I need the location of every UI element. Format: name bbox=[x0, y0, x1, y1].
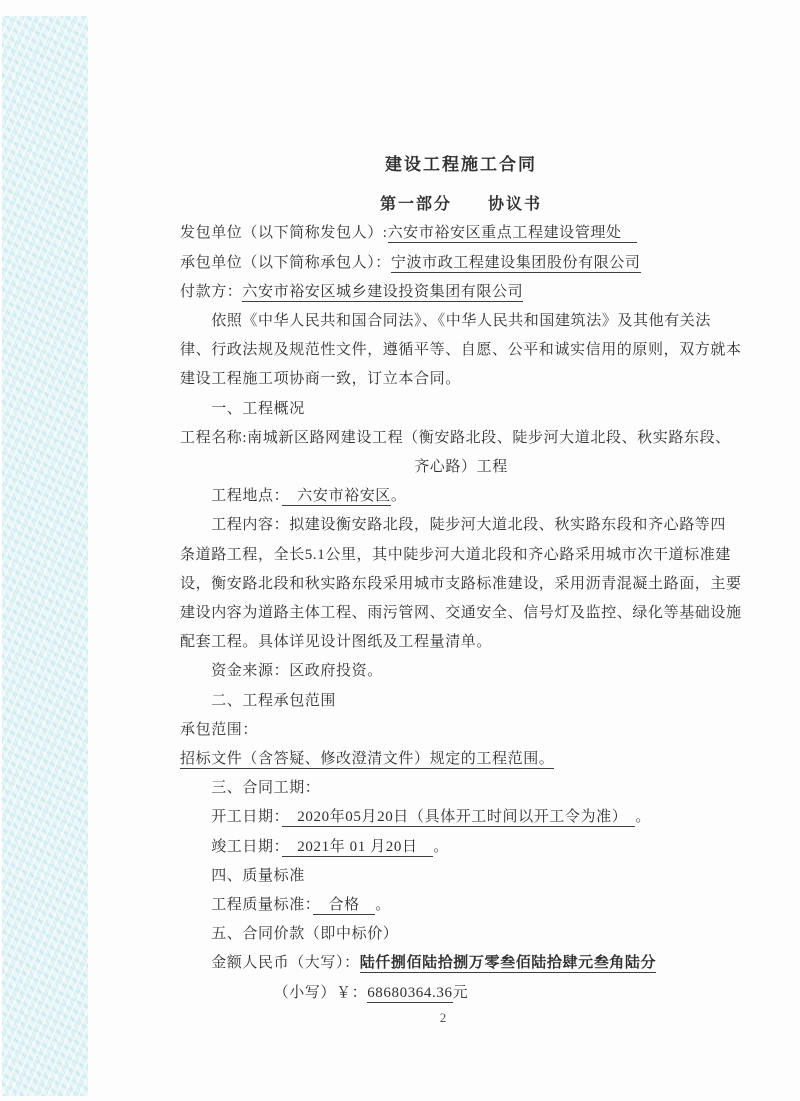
text-segment: 三、合同工期： bbox=[211, 780, 320, 796]
text-segment: 五、合同价款（即中标价） bbox=[211, 926, 398, 942]
text-segment: 金额人民币（大写）： bbox=[211, 955, 360, 971]
text-segment: 建设工程施工合同 bbox=[385, 155, 537, 174]
section-4-heading: 四、质量标准 bbox=[180, 862, 742, 891]
text-segment: 六安市裕安区城乡建设投资集团有限公司 bbox=[242, 284, 523, 302]
section-1-heading: 一、工程概况 bbox=[180, 395, 742, 424]
text-segment: 工程内容：拟建设衡安路北段，陡步河大道北段、秋实路东段和齐心路等四 bbox=[211, 517, 726, 533]
employer-line: 发包单位（以下简称发包人）:六安市裕安区重点工程建设管理处 bbox=[180, 219, 742, 248]
text-segment: 元 bbox=[453, 985, 469, 1001]
payer-line: 付款方：六安市裕安区城乡建设投资集团有限公司 bbox=[180, 278, 742, 307]
section-3-heading: 三、合同工期： bbox=[180, 774, 742, 803]
preamble-line-1: 依照《中华人民共和国合同法》、《中华人民共和国建筑法》及其他有关法 bbox=[180, 307, 742, 336]
quality-standard-line: 工程质量标准： 合格 。 bbox=[180, 891, 742, 920]
text-segment: 设，衡安路北段和秋实路东段采用城市支路标准建设，采用沥青混凝土路面，主要 bbox=[180, 576, 742, 592]
text-segment: 工程名称:南城新区路网建设工程（衡安路北段、陡步河大道北段、秋实路东段、 bbox=[180, 430, 731, 446]
doc-title: 建设工程施工合同 bbox=[180, 150, 742, 179]
text-segment: 律、行政法规及规范性文件，遵循平等、自愿、公平和诚实信用的原则，双方就本 bbox=[180, 342, 742, 358]
project-content-line-2: 条道路工程，全长5.1公里，其中陡步河大道北段和齐心路采用城市次干道标准建 bbox=[180, 541, 742, 570]
text-segment: 二、工程承包范围 bbox=[211, 693, 336, 709]
text-segment: 竣工日期： bbox=[211, 839, 282, 855]
text-segment: 陆仟捌佰陆拾捌万零叁佰陆拾肆元叁角陆分 bbox=[360, 955, 656, 973]
amount-figures-line: （小写）￥：68680364.36元 bbox=[180, 979, 742, 1008]
text-segment: 建设工程施工项协商一致，订立本合同。 bbox=[180, 371, 461, 387]
text-segment: （小写）￥： bbox=[274, 985, 368, 1001]
text-segment: 依照《中华人民共和国合同法》、《中华人民共和国建筑法》及其他有关法 bbox=[211, 313, 711, 329]
scope-label-line: 承包范围： bbox=[180, 716, 742, 745]
text-segment: 。 bbox=[391, 488, 407, 504]
text-segment: 工程地点： bbox=[211, 488, 282, 504]
text-segment: 付款方： bbox=[180, 284, 242, 300]
project-content-line-3: 设，衡安路北段和秋实路东段采用城市支路标准建设，采用沥青混凝土路面，主要 bbox=[180, 570, 742, 599]
preamble-line-3: 建设工程施工项协商一致，订立本合同。 bbox=[180, 365, 742, 394]
project-content-line-4: 建设内容为道路主体工程、雨污管网、交通安全、信号灯及监控、绿化等基础设施 bbox=[180, 599, 742, 628]
text-segment: 四、质量标准 bbox=[211, 868, 305, 884]
project-name-line-1: 工程名称:南城新区路网建设工程（衡安路北段、陡步河大道北段、秋实路东段、 bbox=[180, 424, 742, 453]
project-name-line-2: 齐心路）工程 bbox=[180, 453, 742, 482]
start-date-line: 开工日期： 2020年05月20日（具体开工时间以开工令为准） 。 bbox=[180, 803, 742, 832]
text-segment: 建设内容为道路主体工程、雨污管网、交通安全、信号灯及监控、绿化等基础设施 bbox=[180, 605, 742, 621]
text-segment: 2020年05月20日（具体开工时间以开工令为准） bbox=[282, 809, 636, 827]
doc-subtitle: 第一部分 协议书 bbox=[180, 190, 742, 219]
text-segment: 第一部分 协议书 bbox=[380, 196, 542, 213]
contractor-line: 承包单位（以下简称承包人）：宁波市政工程建设集团股份有限公司 bbox=[180, 249, 742, 278]
paper-texture-strip bbox=[2, 16, 88, 1096]
text-segment: 一、工程概况 bbox=[211, 401, 305, 417]
text-segment: 。 bbox=[635, 809, 651, 825]
text-segment: 齐心路）工程 bbox=[414, 459, 508, 475]
project-location-line: 工程地点： 六安市裕安区。 bbox=[180, 482, 742, 511]
text-segment: 宁波市政工程建设集团股份有限公司 bbox=[391, 255, 641, 273]
text-segment: 开工日期： bbox=[211, 809, 282, 825]
text-segment: 工程质量标准： bbox=[211, 897, 313, 913]
funding-source-line: 资金来源：区政府投资。 bbox=[180, 657, 742, 686]
scanned-contract-page: 建设工程施工合同第一部分 协议书发包单位（以下简称发包人）:六安市裕安区重点工程… bbox=[0, 0, 800, 1101]
text-segment: 六安市裕安区 bbox=[282, 488, 391, 506]
project-content-line-5: 配套工程。具体详见设计图纸及工程量清单。 bbox=[180, 628, 742, 657]
text-segment: 合格 bbox=[313, 897, 375, 915]
text-segment: 。 bbox=[433, 839, 449, 855]
document-body: 建设工程施工合同第一部分 协议书发包单位（以下简称发包人）:六安市裕安区重点工程… bbox=[180, 150, 742, 1008]
text-segment: 招标文件（含答疑、修改澄清文件）规定的工程范围。 bbox=[180, 751, 554, 769]
section-2-heading: 二、工程承包范围 bbox=[180, 687, 742, 716]
text-segment: 承包范围： bbox=[180, 722, 258, 738]
text-segment: 68680364.36 bbox=[367, 985, 452, 1003]
preamble-line-2: 律、行政法规及规范性文件，遵循平等、自愿、公平和诚实信用的原则，双方就本 bbox=[180, 336, 742, 365]
page-number: 2 bbox=[86, 1010, 800, 1026]
text-segment: 承包单位（以下简称承包人）： bbox=[180, 255, 391, 271]
text-segment: 。 bbox=[375, 897, 391, 913]
text-segment: 配套工程。具体详见设计图纸及工程量清单。 bbox=[180, 634, 492, 650]
amount-words-line: 金额人民币（大写）：陆仟捌佰陆拾捌万零叁佰陆拾肆元叁角陆分 bbox=[180, 949, 742, 978]
text-segment: 2021年 01 月20日 bbox=[282, 839, 434, 857]
scope-value-line: 招标文件（含答疑、修改澄清文件）规定的工程范围。 bbox=[180, 745, 742, 774]
text-segment: 六安市裕安区重点工程建设管理处 bbox=[388, 225, 638, 243]
project-content-line-1: 工程内容：拟建设衡安路北段，陡步河大道北段、秋实路东段和齐心路等四 bbox=[180, 511, 742, 540]
text-segment: 资金来源：区政府投资。 bbox=[211, 663, 383, 679]
text-segment: 发包单位（以下简称发包人）: bbox=[180, 225, 388, 241]
text-segment: 条道路工程，全长5.1公里，其中陡步河大道北段和齐心路采用城市次干道标准建 bbox=[180, 547, 731, 563]
section-5-heading: 五、合同价款（即中标价） bbox=[180, 920, 742, 949]
completion-date-line: 竣工日期： 2021年 01 月20日 。 bbox=[180, 833, 742, 862]
